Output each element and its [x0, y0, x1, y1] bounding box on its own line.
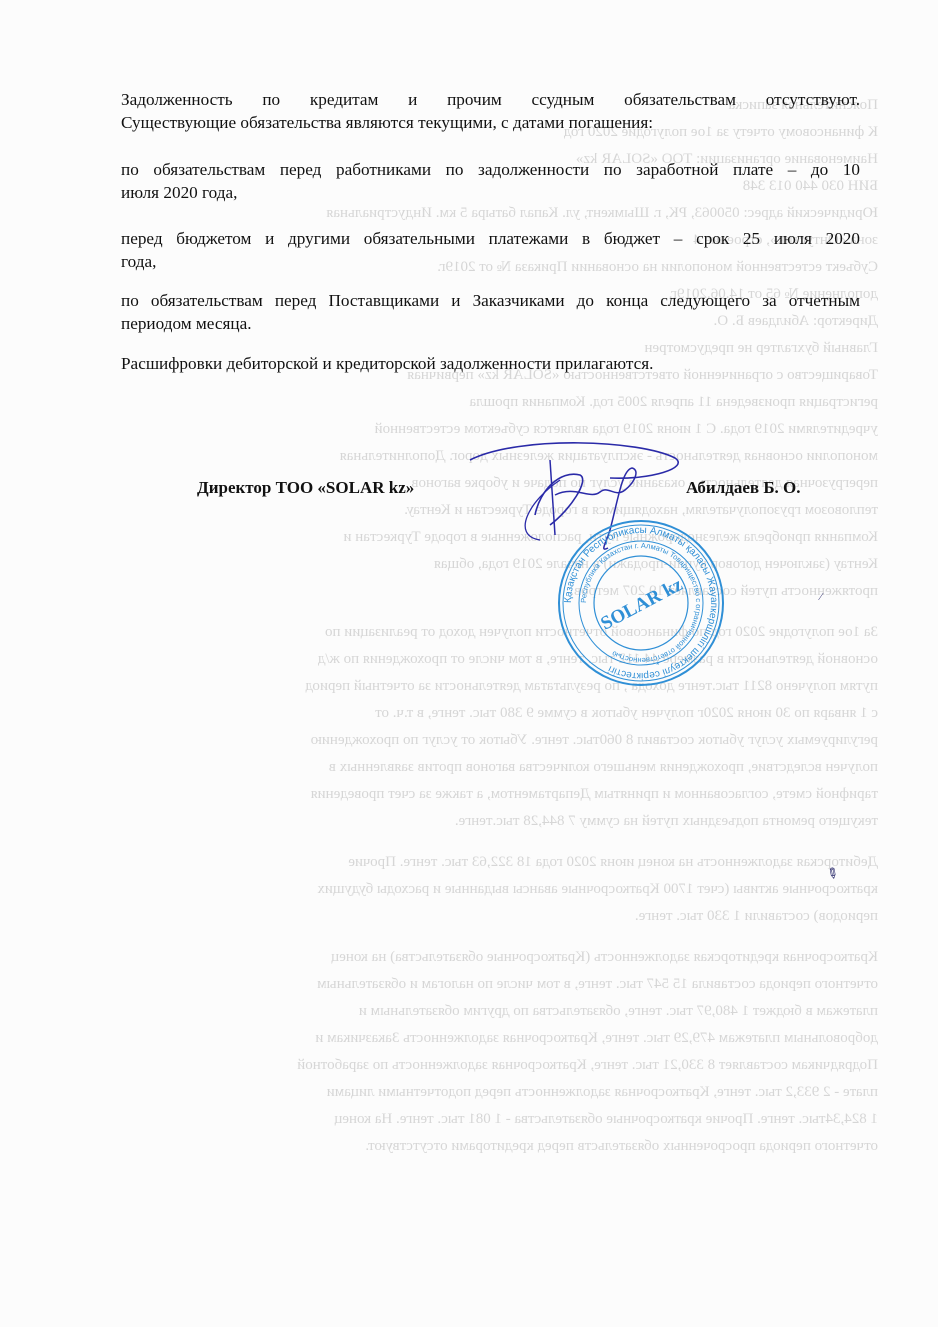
bleed-through-line: добровольным платежам 479,29 тыс. тенге,…	[118, 1025, 878, 1052]
bleed-through-line: плате - 2 933,2 тыс. тенге, Краткосрочна…	[118, 1079, 878, 1106]
bleed-through-line: текущего ремонта подъездных путей на сум…	[118, 808, 878, 835]
bleed-through-line: 1 824,34тыс. тенге. Прочие краткосрочные…	[118, 1106, 878, 1133]
paragraph-line: периодом месяца.	[121, 312, 860, 335]
bleed-through-line: регулируемых услуг убыток составил 8 060…	[118, 727, 878, 754]
bleed-through-line: Юридический адрес: 050063, РК, г. Шымкен…	[118, 200, 878, 227]
bleed-through-line: Дебиторская задолженность на конец июня …	[118, 849, 878, 876]
director-title: Директор ТОО «SOLAR kz»	[197, 478, 414, 498]
paragraph-line: июля 2020 года,	[121, 181, 860, 204]
stamp-center-text: SOLAR kz	[597, 574, 686, 635]
bleed-through-line: тарифной смете, согласованном и принятым…	[118, 781, 878, 808]
paragraph-line: года,	[121, 250, 860, 273]
paragraph-line: Существующие обязательства являются теку…	[121, 111, 860, 134]
paragraph-no-loans: Задолженность по кредитам и прочим ссудн…	[121, 88, 860, 134]
paragraph-supplier-obligations: по обязательствам перед Поставщиками и З…	[121, 289, 860, 335]
bleed-through-line: основной деятельности в размере 44 112 т…	[118, 646, 878, 673]
bleed-through-line: За 1ое полугодие 2020 год по финансовой …	[118, 619, 878, 646]
scanned-page: Пояснительная запискаК финансовому отчет…	[0, 0, 938, 1327]
paragraph-line: Расшифровки дебиторской и кредиторской з…	[121, 352, 860, 375]
bleed-through-line: путям получено 8211 тыс.тенге дохода , п…	[118, 673, 878, 700]
scan-speck-icon: ⁄	[820, 592, 822, 603]
bleed-through-line: периодов) составили 1 330 тыс. тенге.	[118, 903, 878, 930]
bleed-through-line: учредителями 2019 года. С 1 июня 2019 го…	[118, 416, 878, 443]
paragraph-budget-obligations: перед бюджетом и другими обязательными п…	[121, 227, 860, 273]
paragraph-attachments-note: Расшифровки дебиторской и кредиторской з…	[121, 352, 860, 375]
bleed-through-line: протяженность путей составляет 19 207 ме…	[118, 578, 878, 605]
bleed-through-line: отчетного периода составила 15 547 тыс. …	[118, 971, 878, 998]
paragraph-line: по обязательствам перед Поставщиками и З…	[121, 289, 860, 312]
svg-text:*: *	[656, 660, 660, 670]
bleed-through-line: получен вследствие, прохождения меньшего…	[118, 754, 878, 781]
bleed-through-line: Кентау (заключен договор купли-продажи) …	[118, 551, 878, 578]
paragraph-line: перед бюджетом и другими обязательными п…	[121, 227, 860, 250]
bleed-through-line: с 1 января по 30 июня 2020г получен убыт…	[118, 700, 878, 727]
paragraph-line: по обязательствам перед работниками по з…	[121, 158, 860, 181]
company-stamp-icon: Қазақстан Республикасы Алматы қаласы Жау…	[556, 518, 726, 688]
paragraph-line: Задолженность по кредитам и прочим ссудн…	[121, 88, 860, 111]
bleed-through-line: отчетного периода просроченных обязатель…	[118, 1133, 878, 1160]
bleed-through-line: Подрядчикам составляет 8 330,21 тыс. тен…	[118, 1052, 878, 1079]
director-name: Абилдаев Б. О.	[686, 478, 801, 498]
bleed-through-line: краткосрочные активы (счет 1700 Краткоср…	[118, 876, 878, 903]
paragraph-salary-obligations: по обязательствам перед работниками по з…	[121, 158, 860, 204]
bleed-through-line: платежам в бюджет 1 480,97 тыс. тенге, о…	[118, 998, 878, 1025]
bleed-through-line: Краткосрочная кредиторская задолженность…	[118, 944, 878, 971]
bleed-through-line: регистрация произведена 11 апреля 2005 г…	[118, 389, 878, 416]
